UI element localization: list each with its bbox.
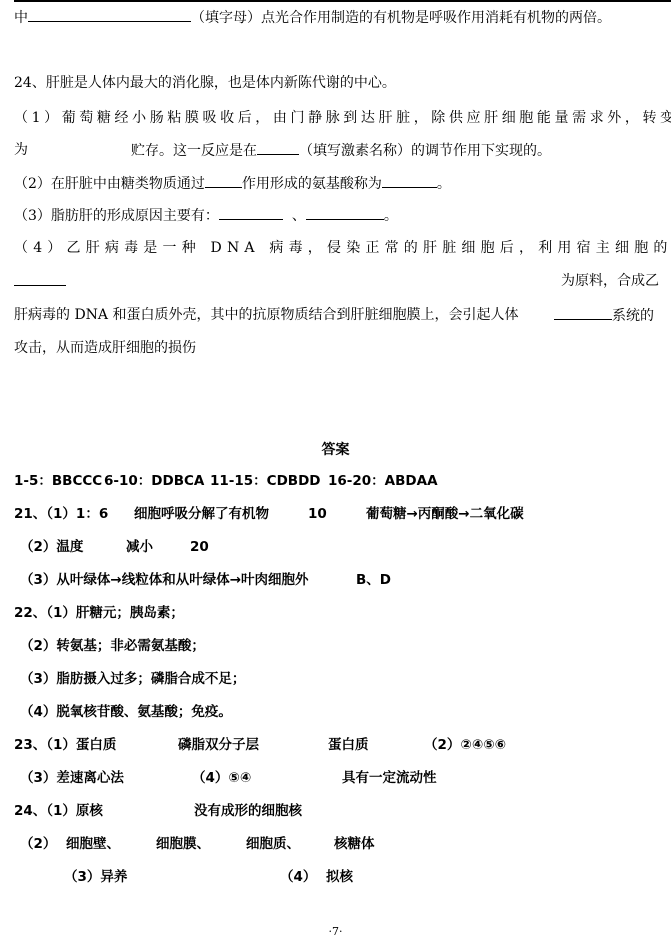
a24-p3-seg: （3）异养 xyxy=(64,868,127,886)
a21-p2-seg: （2）温度 xyxy=(20,538,83,556)
a21-p2-seg: 20 xyxy=(190,538,209,556)
a22-p2: （2）转氨基；非必需氨基酸； xyxy=(20,637,205,655)
a21-p1-seg: 细胞呼吸分解了有机物 xyxy=(134,505,269,523)
page-number: ·7· xyxy=(0,925,671,938)
a24-p1-seg: 没有成形的细胞核 xyxy=(194,802,302,820)
carry-suffix: （填字母）点光合作用制造的有机物是呼吸作用消耗有机物的两倍。 xyxy=(191,10,611,26)
a22-p1: 22、（1）肝糖元；胰岛素； xyxy=(14,604,184,622)
a21-p2-seg: 减小 xyxy=(126,538,153,556)
a21-p3-seg: B、D xyxy=(356,571,391,589)
a24-p2-seg: 细胞质、 xyxy=(246,835,300,853)
q24-p1-text-b: 贮存。这一反应是在 xyxy=(131,143,257,159)
answer-blank[interactable] xyxy=(205,174,242,188)
carry-prefix: 中 xyxy=(14,10,28,26)
q24-p3: （3）脂肪肝的形成原因主要有： 、。 xyxy=(14,206,398,225)
a24-p2-seg: 细胞膜、 xyxy=(156,835,210,853)
q24-p4-text-b: 为原料，合成乙 xyxy=(561,272,659,290)
answer-blank[interactable] xyxy=(257,141,299,155)
a21-p1-seg: 21、（1）1：6 xyxy=(14,505,108,523)
q24-p4-text-c: 系统的 xyxy=(612,308,654,324)
answer-blank[interactable] xyxy=(306,206,384,220)
carry-line: 中（填字母）点光合作用制造的有机物是呼吸作用消耗有机物的两倍。 xyxy=(14,8,611,27)
a24-p2-seg: 细胞壁、 xyxy=(66,835,120,853)
q24-p3-text-b: 、 xyxy=(292,208,306,224)
q24-p1-line1: （1）葡萄糖经小肠粘膜吸收后，由门静脉到达肝脏，除供应肝细胞能量需求外，转变 xyxy=(14,109,671,127)
mc-1-5: 1-5：BBCCC xyxy=(14,472,102,490)
a24-p3-seg: （4） xyxy=(280,868,316,886)
a23-p1-seg: 磷脂双分子层 xyxy=(178,736,259,754)
a23-p1-seg: 23、（1）蛋白质 xyxy=(14,736,116,754)
q24-p3-text-c: 。 xyxy=(384,208,398,224)
a24-p1-seg: 24、（1）原核 xyxy=(14,802,103,820)
a21-p1-seg: 葡萄糖→丙酮酸→二氧化碳 xyxy=(366,505,524,523)
a23-p2-seg: （4）⑤④ xyxy=(192,769,251,787)
q24-p4-line3: 肝病毒的 DNA 和蛋白质外壳，其中的抗原物质结合到肝脏细胞膜上，会引起人体 系… xyxy=(14,306,659,324)
a21-p3-seg: （3）从叶绿体→线粒体和从叶绿体→叶肉细胞外 xyxy=(20,571,309,589)
q24-p1-text-a: 为 xyxy=(14,142,28,158)
q24-p4-text-a: 肝病毒的 DNA 和蛋白质外壳，其中的抗原物质结合到肝脏细胞膜上，会引起人体 xyxy=(14,307,518,323)
q24-stem: 24、肝脏是人体内最大的消化腺，也是体内新陈代谢的中心。 xyxy=(14,74,396,92)
a23-p1-seg: 蛋白质 xyxy=(328,736,369,754)
a24-p2-seg: （2） xyxy=(20,835,56,853)
a23-p1-seg: （2）②④⑤⑥ xyxy=(424,736,506,754)
q24-p4-line4: 攻击，从而造成肝细胞的损伤 xyxy=(14,339,196,357)
q24-p2-text-a: （2）在肝脏中由糖类物质通过 xyxy=(14,176,205,192)
q24-p1-text-c: （填写激素名称）的调节作用下实现的。 xyxy=(299,143,551,159)
q24-p3-text-a: （3）脂肪肝的形成原因主要有： xyxy=(14,208,219,224)
answer-blank[interactable] xyxy=(382,174,437,188)
top-rule xyxy=(14,0,671,2)
q24-p2-text-b: 作用形成的氨基酸称为 xyxy=(242,176,382,192)
a22-p3: （3）脂肪摄入过多；磷脂合成不足； xyxy=(20,670,245,688)
q24-p2-text-c: 。 xyxy=(437,176,451,192)
q24-p2: （2）在肝脏中由糖类物质通过作用形成的氨基酸称为。 xyxy=(14,174,451,193)
a24-p2-seg: 核糖体 xyxy=(334,835,375,853)
answer-blank[interactable] xyxy=(219,206,283,220)
a21-p1-seg: 10 xyxy=(308,505,327,523)
a23-p2-seg: （3）差速离心法 xyxy=(20,769,124,787)
a24-p3-seg: 拟核 xyxy=(326,868,353,886)
q24-p4-line1: （4）乙肝病毒是一种 DNA 病毒，侵染正常的肝脏细胞后，利用宿主细胞的 xyxy=(14,239,671,257)
q24-p4-line2: 为原料，合成乙 xyxy=(14,272,659,291)
answer-blank[interactable] xyxy=(554,306,612,320)
q24-p1-line2: 为 贮存。这一反应是在（填写激素名称）的调节作用下实现的。 xyxy=(14,141,671,159)
a22-p4: （4）脱氧核苷酸、氨基酸；免疫。 xyxy=(20,703,232,721)
answer-blank[interactable] xyxy=(14,272,66,286)
mc-11-15: 11-15：CDBDD xyxy=(210,472,321,490)
answer-blank[interactable] xyxy=(28,8,191,22)
answers-title: 答案 xyxy=(0,439,671,459)
mc-16-20: 16-20：ABDAA xyxy=(328,472,438,490)
a23-p2-seg: 具有一定流动性 xyxy=(342,769,437,787)
mc-6-10: 6-10：DDBCA xyxy=(104,472,204,490)
